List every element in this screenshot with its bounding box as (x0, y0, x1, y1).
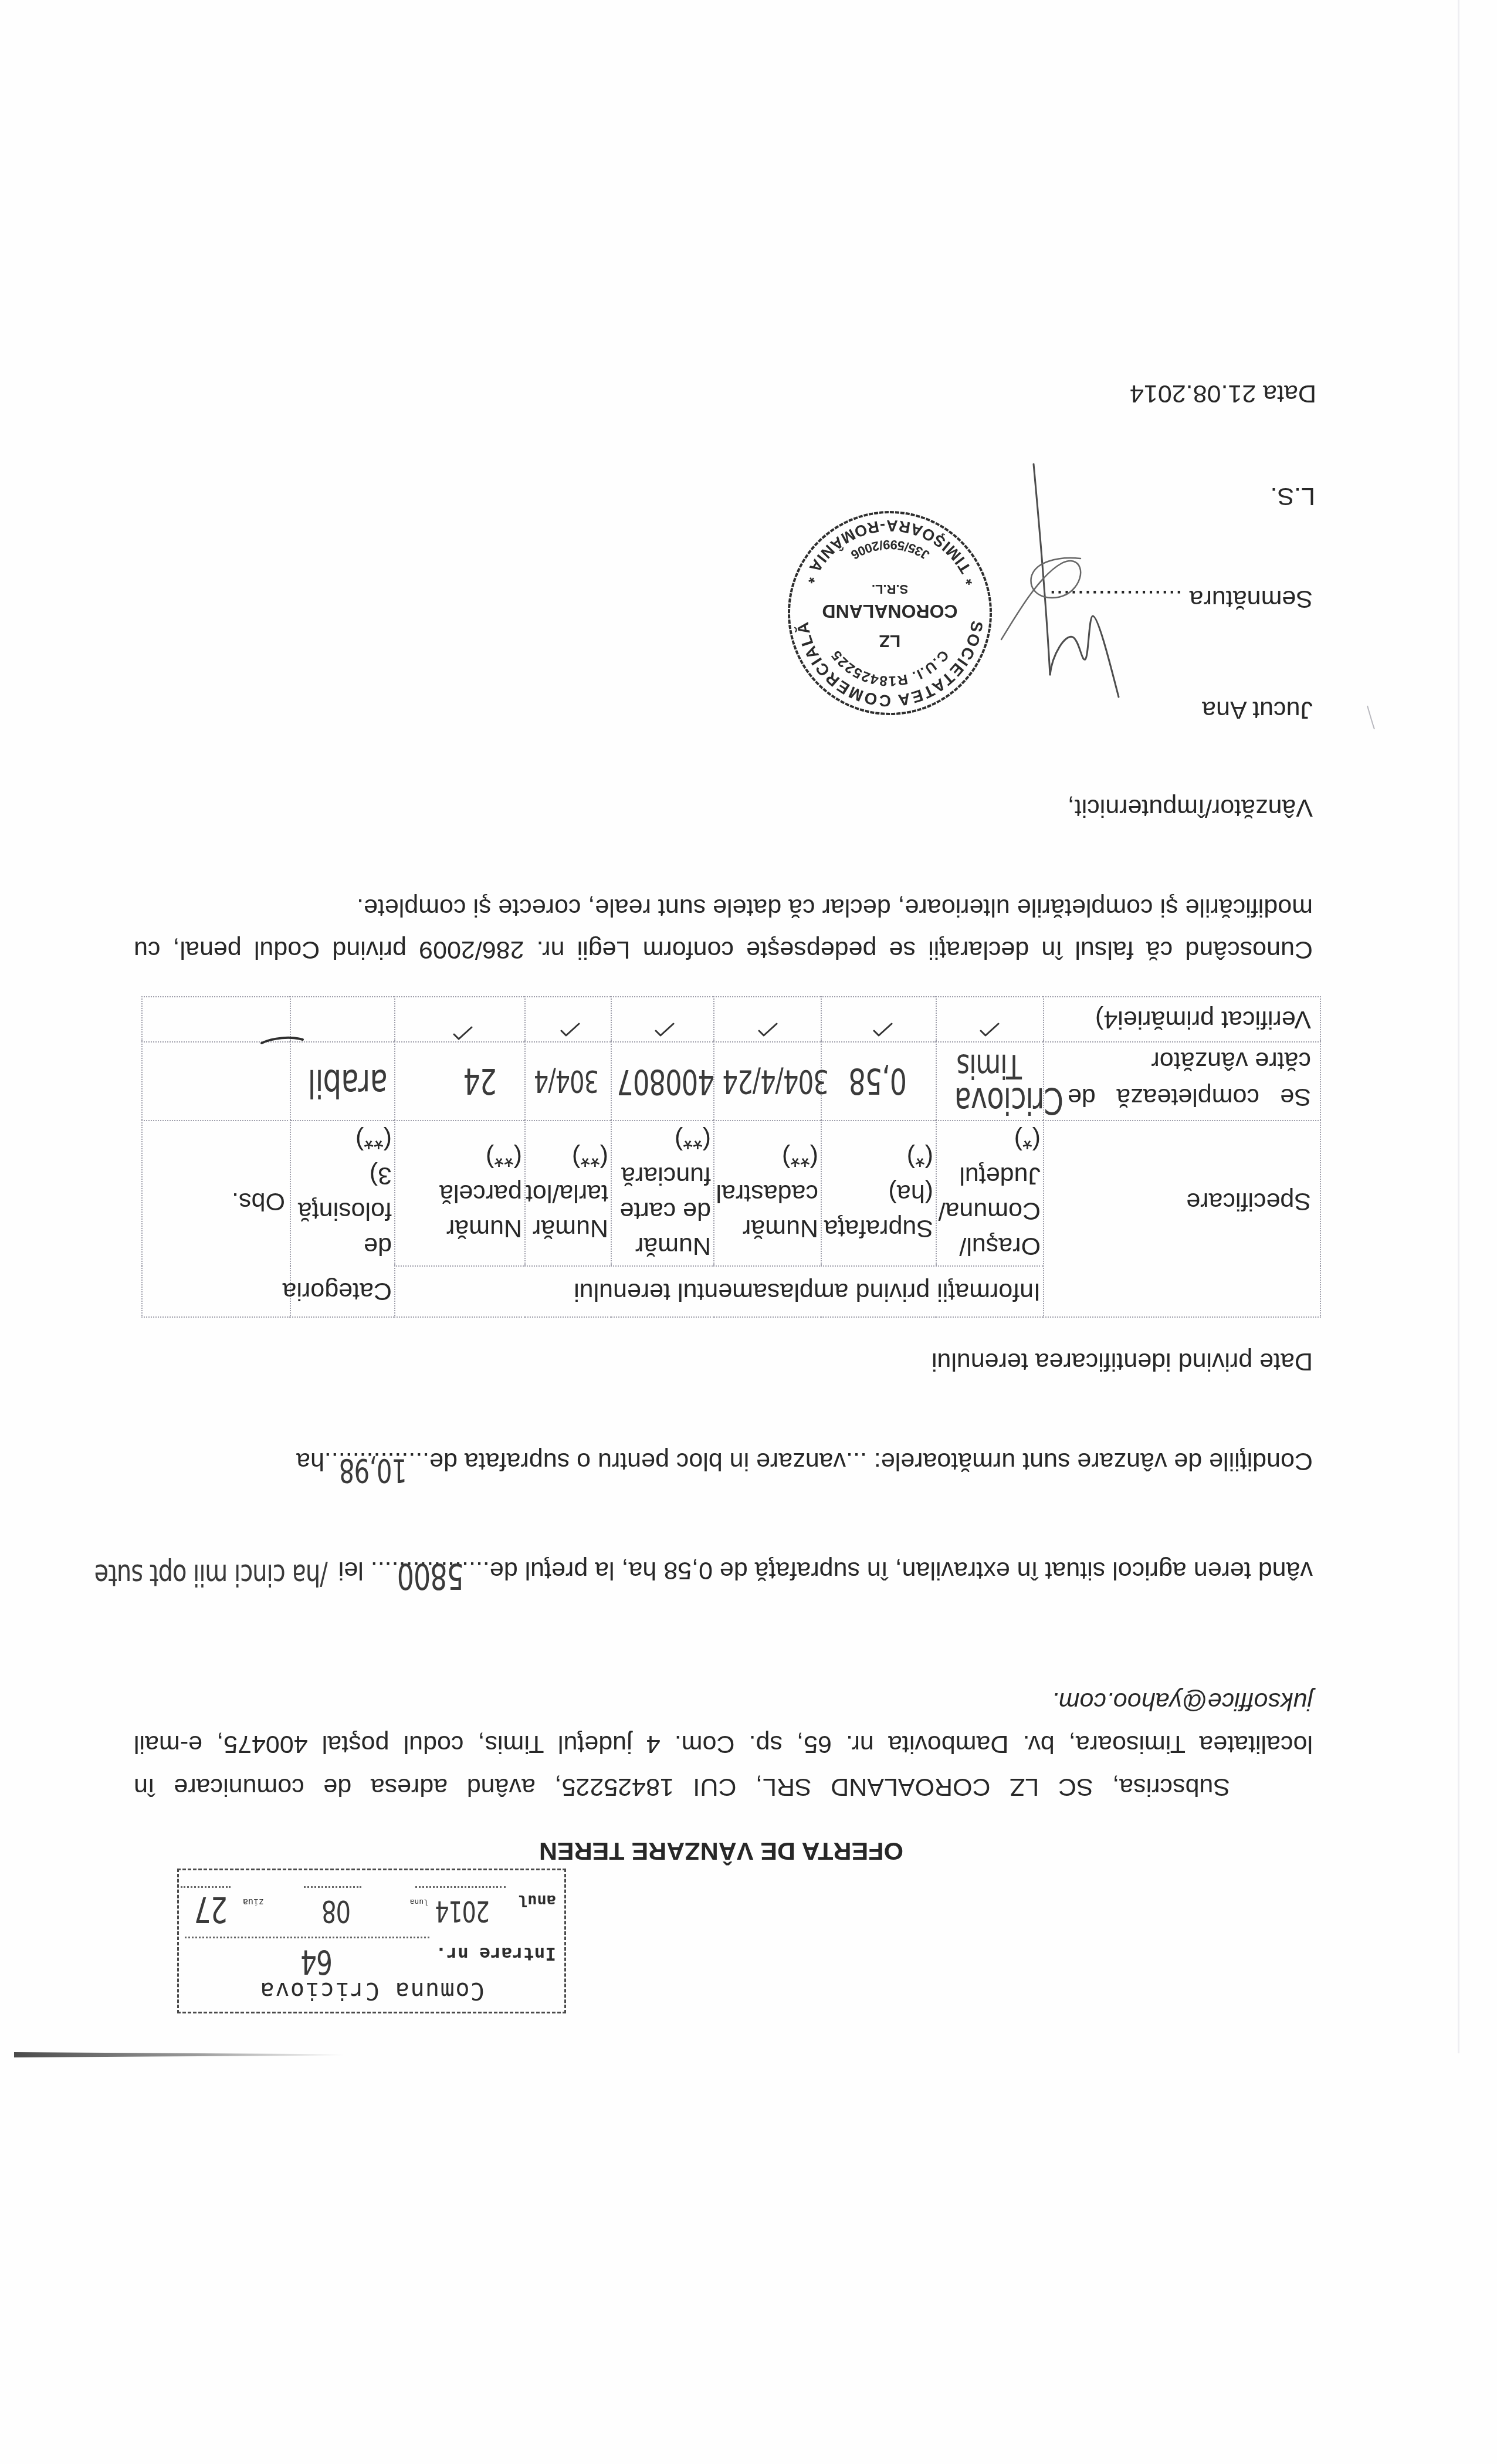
verified-tarla (525, 997, 611, 1042)
area-wrap: 10,98 (340, 1461, 407, 1486)
header-line: tarla/lot (528, 1176, 608, 1211)
cell-tarla: 304/4 (525, 1042, 611, 1121)
header-line: de carte (614, 1193, 711, 1228)
header-area: Suprafaţa (ha) (*) (821, 1121, 936, 1266)
month-wrap: 08 (322, 1903, 351, 1926)
verified-area (821, 997, 936, 1042)
year-label: anul (518, 1893, 556, 1908)
seal-label: L.S. (1271, 483, 1316, 509)
seller-row-label-line-2: către vânzător (1046, 1043, 1311, 1079)
seal-inner-bottom-text: J35/599/2006 (848, 537, 932, 563)
sale-line: vând teren agricol situat în extravilan,… (95, 1558, 1313, 1583)
verified-obs (142, 997, 290, 1042)
conditions-text: Condiţiile de vânzare sunt următoarele: … (429, 1447, 1313, 1475)
header-cadastral: Număr cadastral (**) (714, 1121, 821, 1266)
tick-mark-icon (758, 1023, 778, 1037)
land-book-wrap: 400807 (617, 1070, 714, 1099)
price-dotted-field: .................5800 (371, 1556, 490, 1585)
signatory-role: Vânzător/împuternicit, (1068, 795, 1313, 820)
cell-land-book: 400807 (611, 1042, 714, 1121)
header-line: Număr (717, 1211, 818, 1246)
header-line: (**) (717, 1140, 818, 1176)
header-line: (**) (293, 1123, 392, 1159)
seller-row: Se completează de către vânzător Criciov… (142, 1042, 1320, 1121)
cell-obs (142, 1042, 290, 1121)
area-cell-handwritten: 0,58 (849, 1064, 907, 1099)
area-cell-wrap: 0,58 (849, 1069, 907, 1099)
header-land-book: Număr de carte funciară (**) (611, 1121, 714, 1266)
signatory-name: Jucut Ana (1202, 697, 1313, 722)
header-line: Număr (398, 1211, 522, 1246)
header-obs-label: Obs. (232, 1187, 285, 1216)
year-handwritten: 2014 (435, 1897, 490, 1926)
cell-cadastral: 304/4/24 (714, 1042, 821, 1121)
header-line: cadastral (717, 1176, 818, 1211)
header-category: de folosinţă 3) (**) (290, 1121, 395, 1266)
header-parcel: Număr parcelă (**) (395, 1121, 525, 1266)
header-line: (ha) (824, 1176, 933, 1211)
parcel-wrap: 24 (463, 1069, 497, 1099)
header-line: (*) (824, 1140, 933, 1176)
county-wrap: Timis (957, 1055, 1022, 1084)
tarla-handwritten: 304/4 (534, 1065, 599, 1096)
scan-edge-shadow (14, 2052, 344, 2057)
seller-row-label-line-1: Se completează de (1068, 1079, 1311, 1115)
header-line: Judeţul (939, 1158, 1041, 1193)
category-handwritten: arabil (309, 1064, 388, 1102)
header-line: funciară (614, 1158, 711, 1193)
intro-email: juksoffice@yahoo.com. (1052, 1688, 1313, 1714)
cell-parcel: 24 (395, 1042, 525, 1121)
scan-margin-line (1458, 0, 1459, 2053)
signature-scribble (981, 446, 1145, 716)
header-obs: Obs. (142, 1121, 290, 1317)
document-title: OFERTA DE VÂNZARE TEREN (539, 1838, 903, 1863)
tick-mark-icon (560, 1023, 580, 1037)
seal-center-line-2: CORONALAND (822, 601, 957, 622)
declaration-line-2: modificările şi completările ulterioare,… (357, 895, 1313, 920)
verified-land-book (611, 997, 714, 1042)
section-heading: Date privind identificarea terenului (932, 1349, 1313, 1374)
tick-mark-icon (980, 1023, 1000, 1037)
intro-line-1: Subscrisa, SC LZ COROALAND SRL, CUI 1842… (134, 1774, 1230, 1799)
document-date: Data 21.08.2014 (1130, 381, 1316, 406)
day-label: ziua (243, 1897, 264, 1906)
year-underline (415, 1886, 506, 1888)
verified-category (290, 997, 395, 1042)
header-line: Suprafaţa (824, 1211, 933, 1246)
month-underline (304, 1886, 361, 1888)
seal-center-line-3: S.R.L. (872, 582, 908, 597)
cadastral-handwritten: 304/4/24 (723, 1065, 829, 1097)
parcel-handwritten: 24 (463, 1064, 497, 1099)
tarla-wrap: 304/4 (534, 1070, 599, 1099)
cell-category: arabil (290, 1042, 395, 1121)
header-group-location: Informaţii privind amplasamentul terenul… (395, 1266, 1044, 1317)
header-line: parcelă (398, 1176, 522, 1211)
verified-locality (936, 997, 1044, 1042)
header-line: Oraşul/ (939, 1228, 1041, 1264)
seal-center-line-1: LZ (879, 631, 901, 651)
area-handwritten: 10,98 (340, 1454, 407, 1486)
locality-wrap: Criciova (955, 1089, 1064, 1119)
price-handwritten: 5800 (398, 1559, 464, 1594)
company-seal: SOCIETATEA COMERCIALĂ * TIMIŞOARA-ROMÂNI… (784, 507, 995, 719)
header-line: (**) (528, 1140, 608, 1176)
seal-inner-bottom: J35/599/2006 (848, 537, 932, 563)
header-line: (*) (939, 1123, 1041, 1158)
price-wrap: 5800 (398, 1566, 464, 1594)
header-group-label: Informaţii privind amplasamentul terenul… (574, 1278, 1041, 1306)
locality-handwritten: Criciova (955, 1082, 1064, 1119)
day-wrap: 27 (194, 1900, 228, 1927)
header-line: folosinţă (293, 1194, 392, 1229)
land-identification-table: Specificare Informaţii privind amplasame… (141, 996, 1321, 1318)
county-handwritten: Timis (957, 1049, 1022, 1082)
entry-number-wrap: 64 (301, 1952, 333, 1978)
verified-row-label: Verificat primăriei4) (1044, 997, 1320, 1042)
signature-label: Semnătura (1190, 585, 1313, 613)
tick-mark-icon (453, 1026, 473, 1040)
header-line: de (293, 1229, 392, 1264)
verified-row-label-text: Verificat primăriei4) (1095, 1006, 1311, 1034)
land-book-handwritten: 400807 (617, 1065, 714, 1099)
entry-number-underline (185, 1937, 429, 1938)
day-underline (181, 1886, 231, 1888)
sale-text: vând teren agricol situat în extravilan,… (490, 1556, 1313, 1585)
tick-mark-icon (873, 1023, 893, 1037)
scanned-page: Comuna Criciova Intrare nr. 64 anul 2014… (0, 0, 1497, 2464)
header-category-title: Categoria (290, 1266, 395, 1317)
header-specification-label: Specificare (1186, 1187, 1311, 1216)
year-wrap: 2014 (435, 1904, 490, 1926)
category-wrap: arabil (309, 1071, 388, 1102)
header-tarla: Număr tarla/lot (**) (525, 1121, 611, 1266)
cell-locality: Criciova Timis (936, 1042, 1044, 1121)
entry-number-label: Intrare nr. (436, 1944, 556, 1962)
registration-stamp-box: Comuna Criciova Intrare nr. 64 anul 2014… (177, 1869, 566, 2013)
header-line: Comuna/ (939, 1193, 1041, 1228)
cadastral-wrap: 304/4/24 (723, 1070, 829, 1099)
header-line: (**) (614, 1123, 711, 1158)
area-unit: ha (296, 1447, 324, 1475)
area-dotted-field: ...............10,98 (324, 1447, 429, 1475)
header-line: 3) (293, 1159, 392, 1194)
entry-number-handwritten: 64 (301, 1944, 333, 1978)
tick-mark-icon (655, 1023, 675, 1037)
month-handwritten: 08 (322, 1896, 351, 1926)
header-specification: Specificare (1044, 1121, 1320, 1317)
header-locality: Oraşul/ Comuna/ Judeţul (*) (936, 1121, 1044, 1266)
header-line: Număr (528, 1211, 608, 1246)
cell-area: 0,58 (821, 1042, 936, 1121)
header-line: Număr (614, 1228, 711, 1264)
conditions-line: Condiţiile de vânzare sunt următoarele: … (296, 1448, 1313, 1474)
stray-pen-mark (1365, 705, 1377, 730)
header-line: (**) (398, 1140, 522, 1176)
verified-cadastral (714, 997, 821, 1042)
verified-parcel (395, 997, 525, 1042)
day-handwritten: 27 (194, 1892, 228, 1927)
declaration-line-1: Cunoscând că falsul în declaraţii se ped… (134, 937, 1313, 962)
registration-institution: Comuna Criciova (259, 1979, 485, 2002)
header-category-title-label: Categoria (283, 1278, 392, 1306)
intro-line-2: localitatea Timisoara, bv. Dambovita nr.… (134, 1731, 1313, 1756)
price-currency: lei (338, 1556, 364, 1585)
header-row-1: Specificare Informaţii privind amplasame… (142, 1266, 1320, 1317)
month-label: luna (410, 1898, 428, 1905)
verified-row: Verificat primăriei4) (142, 997, 1320, 1042)
seller-row-label: Se completează de către vânzător (1044, 1042, 1320, 1121)
price-in-words-handwritten: /ha cinci mii opt sute (95, 1559, 328, 1590)
